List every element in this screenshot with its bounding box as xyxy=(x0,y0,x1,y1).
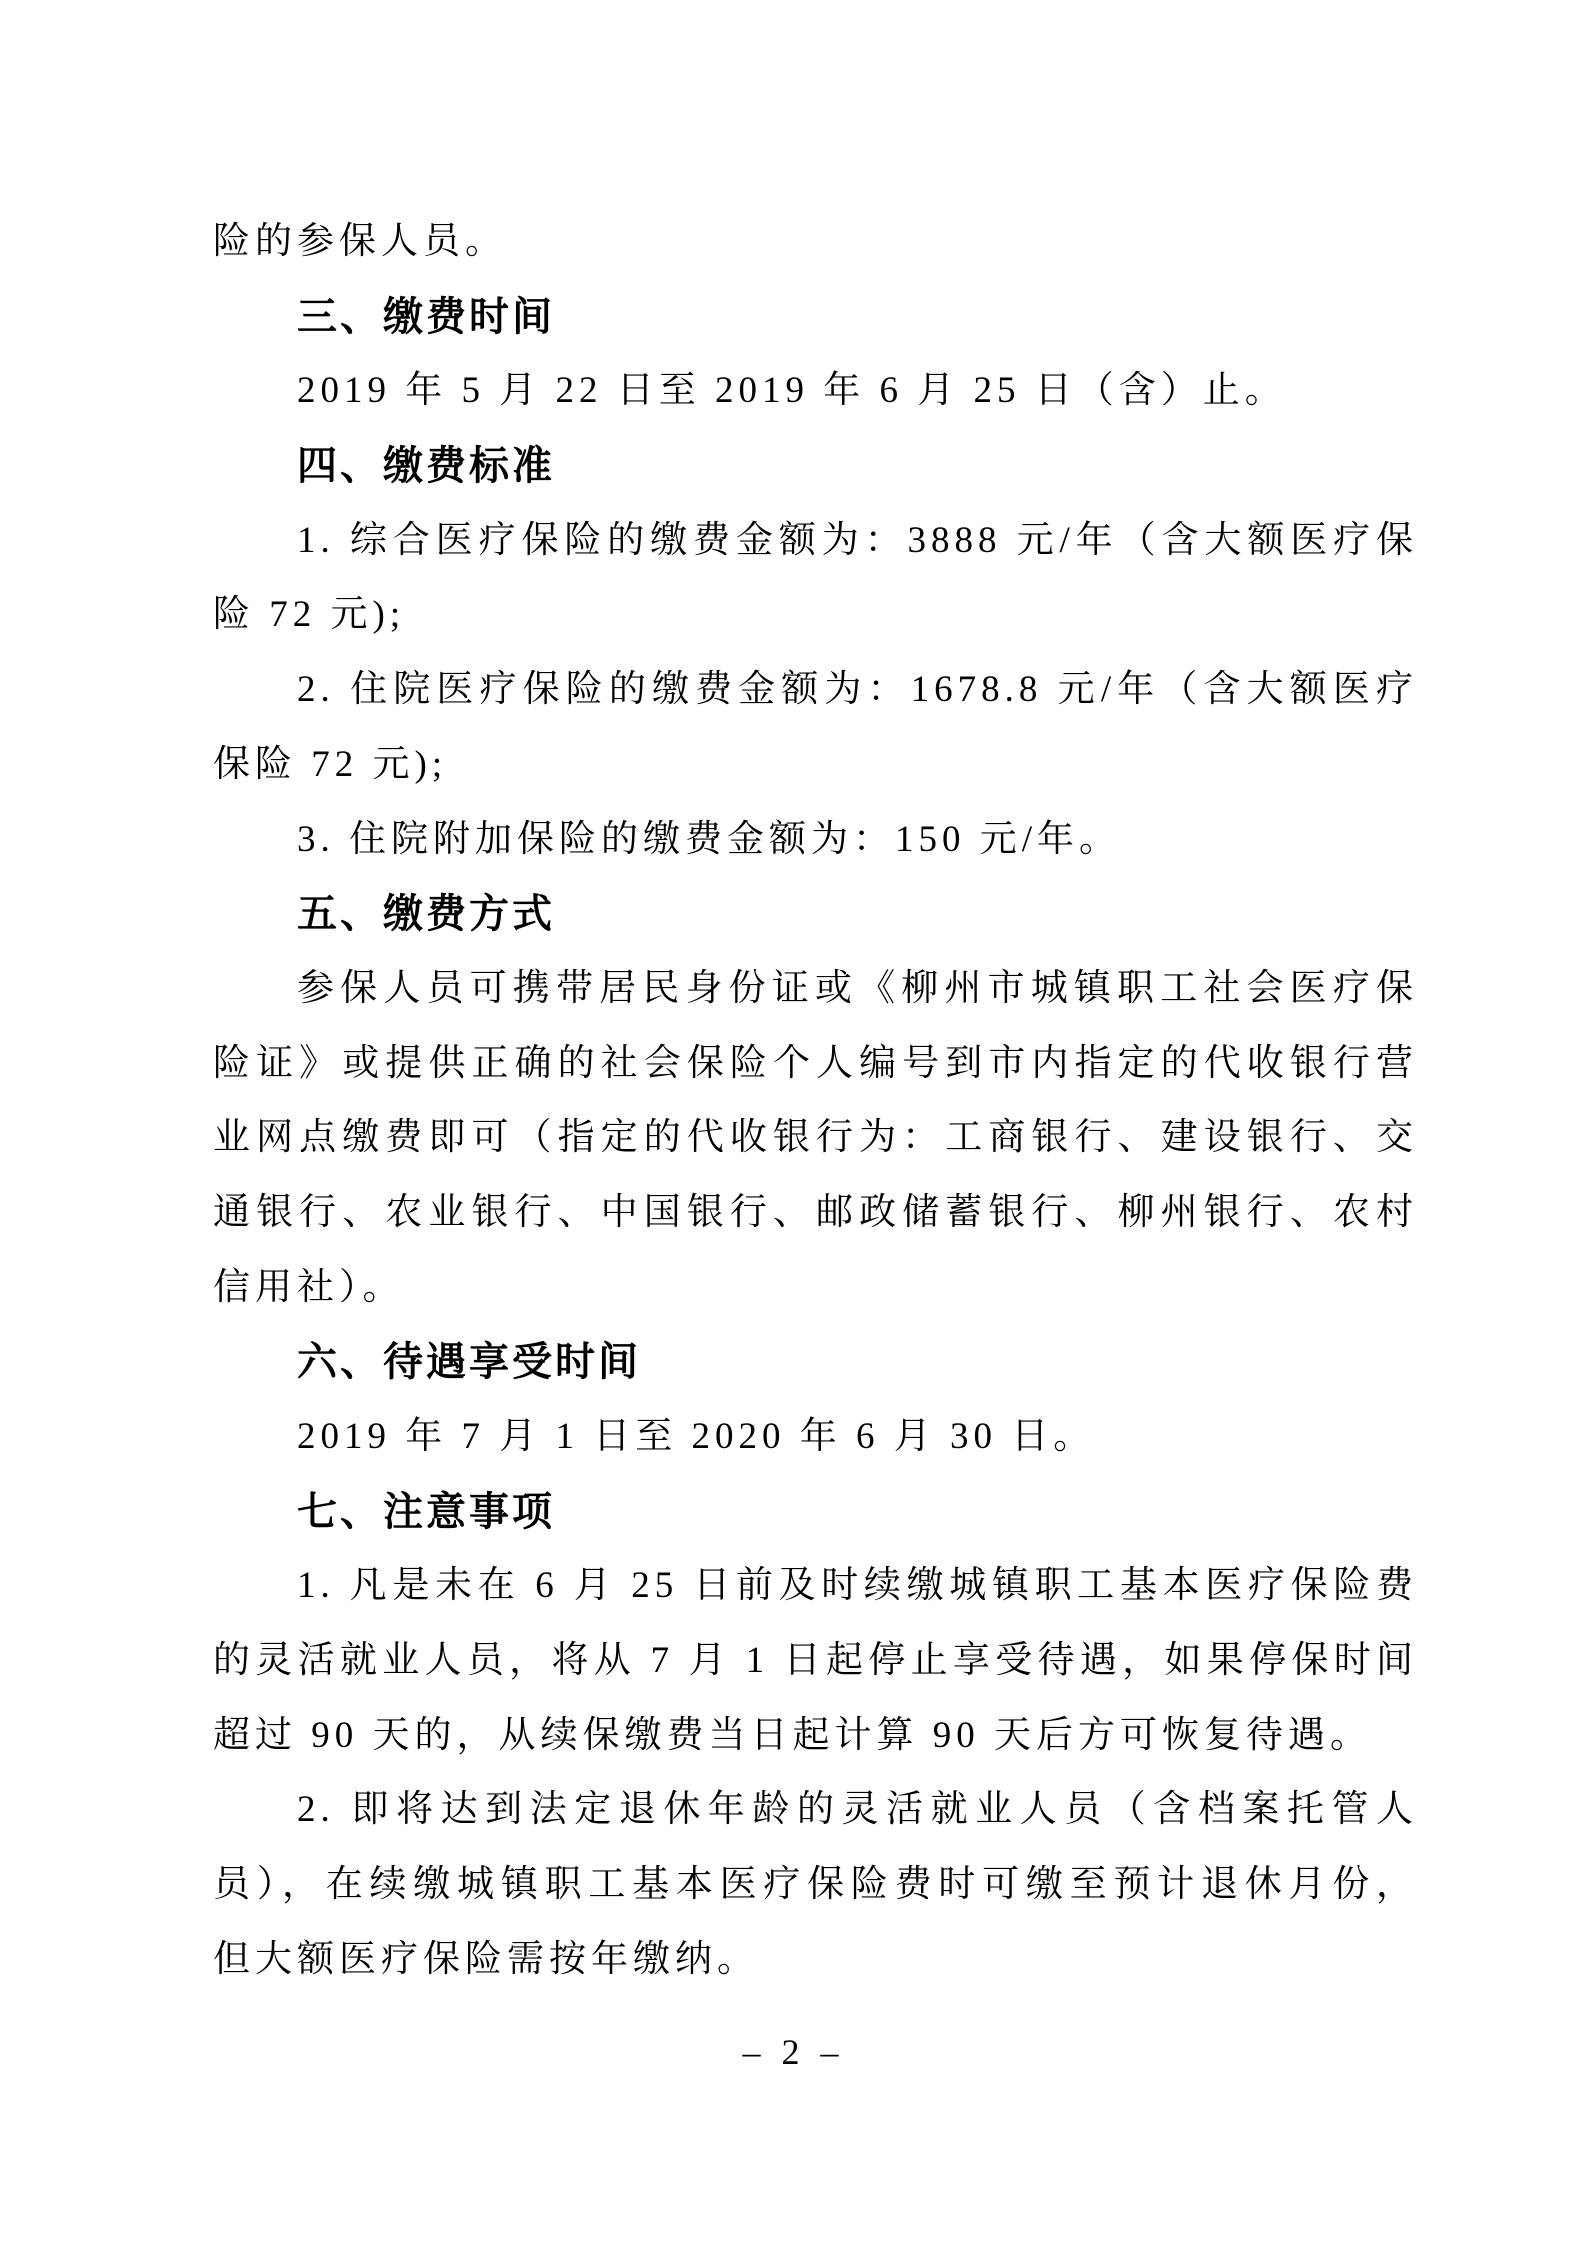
body-line: 业网点缴费即可（指定的代收银行为：工商银行、建设银行、交 xyxy=(213,1101,1418,1176)
body-line: 通银行、农业银行、中国银行、邮政储蓄银行、柳州银行、农村 xyxy=(213,1176,1418,1251)
body-line: 险 72 元); xyxy=(213,578,1418,653)
body-line: 但大额医疗保险需按年缴纳。 xyxy=(213,1923,1418,1998)
section-heading: 三、缴费时间 xyxy=(213,280,1418,355)
body-line: 超过 90 天的，从续保缴费当日起计算 90 天后方可恢复待遇。 xyxy=(213,1699,1418,1774)
body-line: 保险 72 元); xyxy=(213,728,1418,803)
section-heading: 四、缴费标准 xyxy=(213,429,1418,504)
document-body: 险的参保人员。 三、缴费时间 2019 年 5 月 22 日至 2019 年 6… xyxy=(213,205,1418,1998)
section-heading: 七、注意事项 xyxy=(213,1475,1418,1550)
section-heading: 五、缴费方式 xyxy=(213,877,1418,952)
body-line: 信用社）。 xyxy=(213,1251,1418,1326)
body-line: 险的参保人员。 xyxy=(213,205,1418,280)
body-line: 1. 凡是未在 6 月 25 日前及时续缴城镇职工基本医疗保险费 xyxy=(213,1549,1418,1624)
body-line: 参保人员可携带居民身份证或《柳州市城镇职工社会医疗保 xyxy=(213,952,1418,1027)
section-heading: 六、待遇享受时间 xyxy=(213,1325,1418,1400)
body-line: 的灵活就业人员，将从 7 月 1 日起停止享受待遇，如果停保时间 xyxy=(213,1624,1418,1699)
body-line: 2019 年 7 月 1 日至 2020 年 6 月 30 日。 xyxy=(213,1400,1418,1475)
body-line: 2019 年 5 月 22 日至 2019 年 6 月 25 日（含）止。 xyxy=(213,354,1418,429)
body-line: 1. 综合医疗保险的缴费金额为：3888 元/年（含大额医疗保 xyxy=(213,504,1418,579)
page-number: – 2 – xyxy=(0,2022,1587,2082)
body-line: 3. 住院附加保险的缴费金额为：150 元/年。 xyxy=(213,803,1418,878)
body-line: 险证》或提供正确的社会保险个人编号到市内指定的代收银行营 xyxy=(213,1027,1418,1102)
body-line: 2. 即将达到法定退休年龄的灵活就业人员（含档案托管人 xyxy=(213,1773,1418,1848)
body-line: 2. 住院医疗保险的缴费金额为：1678.8 元/年（含大额医疗 xyxy=(213,653,1418,728)
body-line: 员），在续缴城镇职工基本医疗保险费时可缴至预计退休月份， xyxy=(213,1848,1418,1923)
document-page: 险的参保人员。 三、缴费时间 2019 年 5 月 22 日至 2019 年 6… xyxy=(0,0,1587,2245)
